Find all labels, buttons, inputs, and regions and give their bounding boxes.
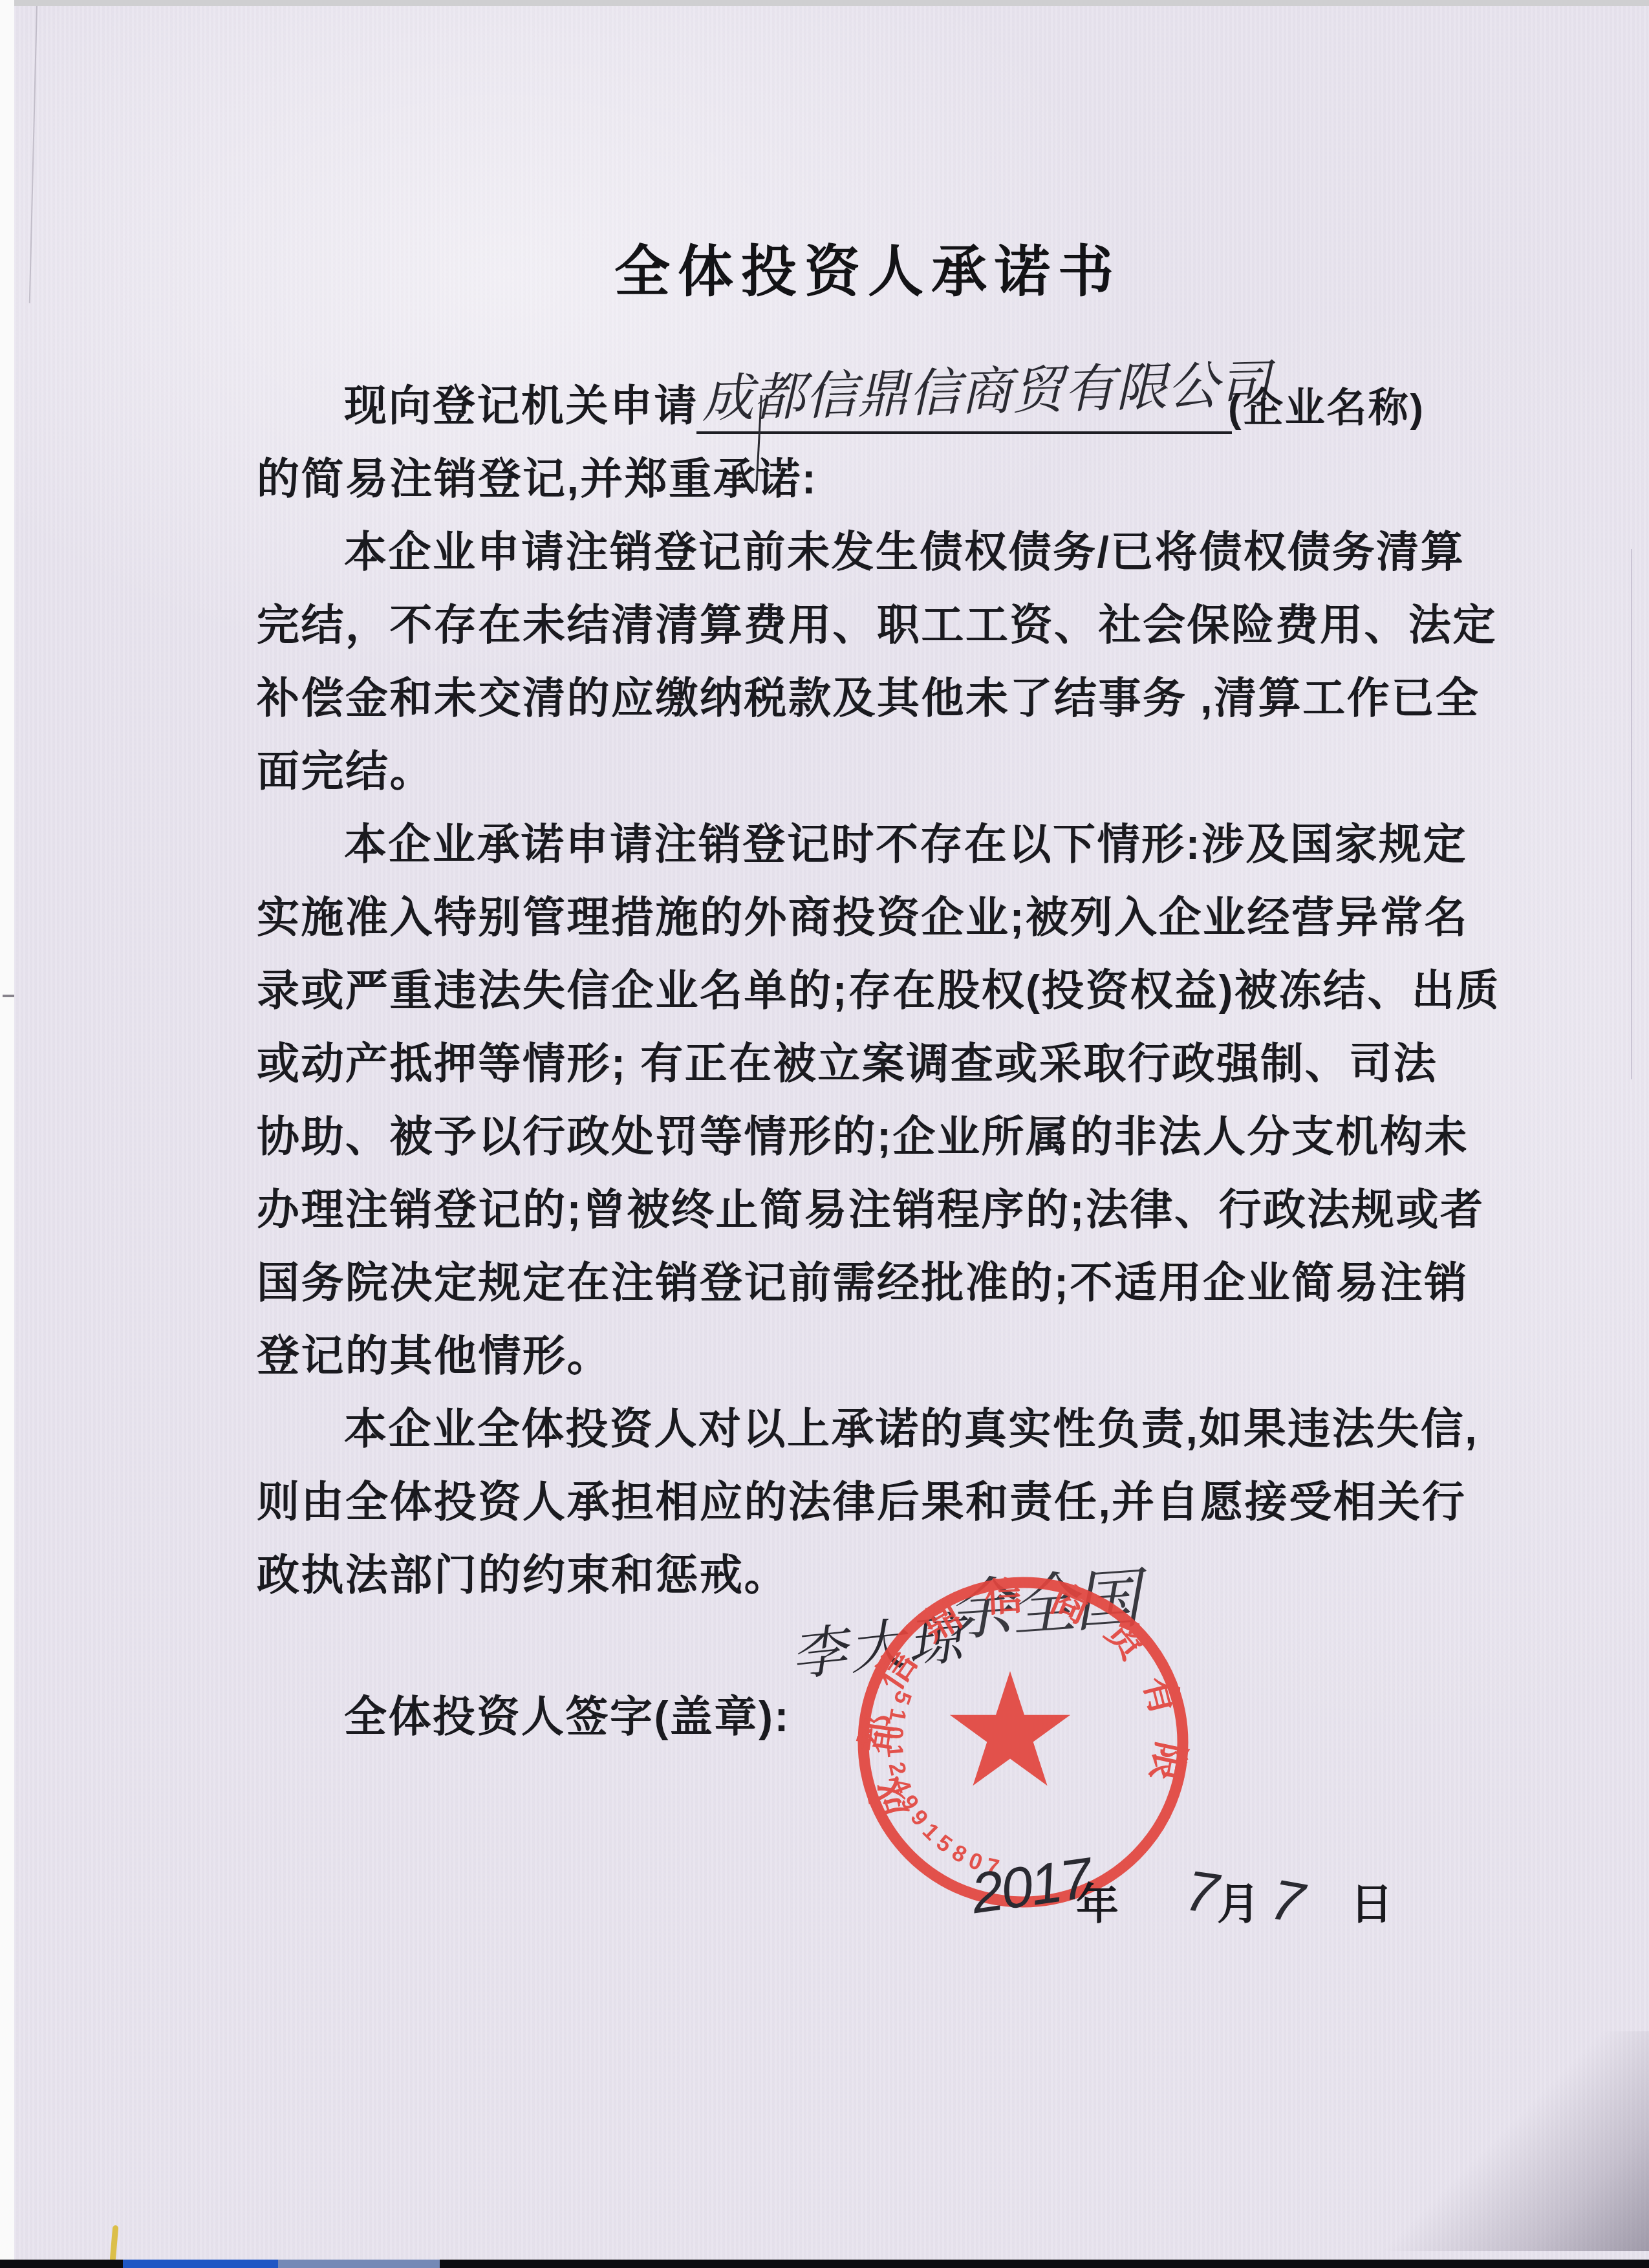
scan-artifact-blue xyxy=(123,2260,278,2268)
scanner-edge-top xyxy=(0,0,1649,6)
paper-edge-line xyxy=(29,6,38,303)
paragraph2-line: 补偿金和未交清的应缴纳税款及其他未了结事务 ,清算工作已全 xyxy=(257,662,1450,735)
intro-prefix: 现向登记机关申请 xyxy=(257,382,698,429)
paragraph4-line: 则由全体投资人承担相应的法律后果和责任,并自愿接受相关行 xyxy=(257,1465,1450,1539)
paragraph3-line: 实施准入特别管理措施的外商投资企业;被列入企业经营异常名 xyxy=(257,881,1450,954)
paragraph3-line: 协助、被予以行政处罚等情形的;企业所属的非法人分支机构未 xyxy=(257,1100,1450,1173)
signature-label: 全体投资人签字(盖章): xyxy=(344,1682,790,1744)
paper-corner-shadow xyxy=(1313,2031,1649,2251)
intro-line-1: 现向登记机关申请 成都信鼎信商贸有限公司 (企业名称) xyxy=(257,369,1450,442)
paragraph3-line: 录或严重违法失信企业名单的;存在股权(投资权益)被冻结、出质 xyxy=(257,954,1450,1027)
paper-sheet: 全体投资人承诺书 现向登记机关申请 成都信鼎信商贸有限公司 (企业名称) 的简易… xyxy=(14,6,1649,2260)
scan-artifact-lightblue xyxy=(278,2260,440,2268)
month-label: 月 xyxy=(1217,1870,1260,1931)
paragraph3-line: 本企业承诺申请注销登记时不存在以下情形:涉及国家规定 xyxy=(257,808,1450,881)
paragraph3-line: 登记的其他情形。 xyxy=(257,1319,1450,1392)
document-body: 现向登记机关申请 成都信鼎信商贸有限公司 (企业名称) 的简易注销登记,并郑重承… xyxy=(257,369,1450,1612)
paragraph3-line: 或动产抵押等情形; 有正在被立案调查或采取行政强制、司法 xyxy=(257,1027,1450,1100)
scanned-document-page: 全体投资人承诺书 现向登记机关申请 成都信鼎信商贸有限公司 (企业名称) 的简易… xyxy=(0,0,1649,2268)
paragraph2-line: 本企业申请注销登记前未发生债权债务/已将债权债务清算 xyxy=(257,515,1450,589)
paragraph4-line: 本企业全体投资人对以上承诺的真实性负责,如果违法失信, xyxy=(257,1392,1450,1465)
intro-line-2: 的简易注销登记,并郑重承诺: xyxy=(257,442,1450,515)
scan-noise-tick xyxy=(3,995,14,997)
scanner-edge-left xyxy=(0,0,14,2268)
paper-crease xyxy=(1631,549,1632,1079)
handwritten-day: 7 xyxy=(1266,1866,1309,1937)
document-title: 全体投资人承诺书 xyxy=(609,227,1126,307)
paragraph3-line: 办理注销登记的;曾被终止简易注销程序的;法律、行政法规或者 xyxy=(257,1173,1450,1246)
paragraph2-line: 完结，不存在未结清清算费用、职工工资、社会保险费用、法定 xyxy=(257,589,1450,662)
intro-suffix-enterprise-name: (企业名称) xyxy=(1228,372,1425,445)
day-label: 日 xyxy=(1350,1870,1393,1931)
paragraph2-line: 面完结。 xyxy=(257,735,1450,808)
paragraph3-line: 国务院决定规定在注销登记前需经批准的;不适用企业简易注销 xyxy=(257,1246,1450,1319)
seal-star-icon xyxy=(950,1671,1070,1786)
scan-noise-yellow-mark xyxy=(110,2225,119,2262)
handwritten-company-name: 成都信鼎信商贸有限公司 xyxy=(701,348,1272,436)
year-label: 年 xyxy=(1076,1870,1119,1931)
